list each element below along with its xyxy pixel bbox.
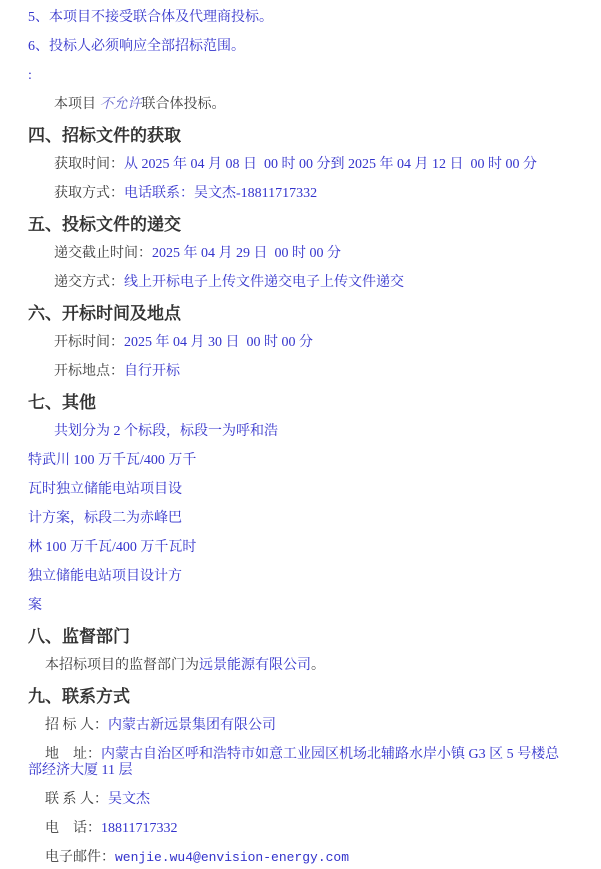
address-label: 地 址：	[45, 747, 101, 762]
opening-time-label: 开标时间：	[54, 335, 124, 350]
joint-bid-prefix: 本项目	[54, 97, 100, 112]
contact-person-label: 联 系 人：	[45, 792, 108, 807]
acquisition-time-value: 从 2025 年 04 月 08 日 00 时 00 分到 2025 年 04 …	[124, 157, 537, 172]
section-5-heading: 五、投标文件的递交	[28, 215, 573, 235]
supervision-prefix: 本招标项目的监督部门为	[45, 658, 199, 673]
not-allowed-emphasis: 不允许	[100, 97, 142, 112]
phone-label: 电 话：	[45, 821, 101, 836]
contact-row-bidder: 招 标 人：内蒙古新远景集团有限公司	[28, 718, 573, 734]
acquisition-method-row: 获取方式：电话联系：吴文杰-18811717332	[28, 186, 573, 202]
submission-deadline-value: 2025 年 04 月 29 日 00 时 00 分	[152, 246, 341, 261]
tender-document: 5、本项目不接受联合体及代理商投标。 6、投标人必须响应全部招标范围。 : 本项…	[0, 0, 601, 866]
section-7-heading: 七、其他	[28, 393, 573, 413]
acquisition-time-row: 获取时间：从 2025 年 04 月 08 日 00 时 00 分到 2025 …	[28, 157, 573, 173]
email-value: wenjie.wu4@envision-energy.com	[115, 850, 349, 865]
joint-bid-note: 本项目 不允许联合体投标。	[28, 97, 573, 113]
other-note-line: 共划分为 2 个标段，标段一为呼和浩	[28, 424, 573, 440]
phone-value: 18811717332	[101, 821, 177, 836]
other-note-line: 特武川 100 万千瓦/400 万千	[28, 453, 573, 469]
address-value: 内蒙古自治区呼和浩特市如意工业园区机场北辅路水岸小镇 G3 区 5 号楼总部经济…	[28, 747, 559, 778]
submission-deadline-row: 递交截止时间：2025 年 04 月 29 日 00 时 00 分	[28, 246, 573, 262]
other-note-line: 案	[28, 598, 573, 614]
bidder-value: 内蒙古新远景集团有限公司	[108, 718, 276, 733]
other-note-line: 独立储能电站项目设计方	[28, 569, 573, 585]
other-note-line: 林 100 万千瓦/400 万千瓦时	[28, 540, 573, 556]
opening-place-row: 开标地点：自行开标	[28, 364, 573, 380]
contact-row-phone: 电 话：18811717332	[28, 821, 573, 837]
other-note-line: 计方案，标段二为赤峰巴	[28, 511, 573, 527]
opening-place-label: 开标地点：	[54, 364, 124, 379]
opening-time-value: 2025 年 04 月 30 日 00 时 00 分	[124, 335, 313, 350]
opening-time-row: 开标时间：2025 年 04 月 30 日 00 时 00 分	[28, 335, 573, 351]
acquisition-method-value: 电话联系：吴文杰-18811717332	[124, 186, 317, 201]
clause-5: 5、本项目不接受联合体及代理商投标。	[28, 10, 573, 26]
submission-deadline-label: 递交截止时间：	[54, 246, 152, 261]
submission-method-value: 线上开标电子上传文件递交电子上传文件递交	[124, 275, 404, 290]
section-9-heading: 九、联系方式	[28, 687, 573, 707]
acquisition-method-label: 获取方式：	[54, 186, 124, 201]
acquisition-time-label: 获取时间：	[54, 157, 124, 172]
section-8-heading: 八、监督部门	[28, 627, 573, 647]
other-note-line: 瓦时独立储能电站项目设	[28, 482, 573, 498]
supervision-suffix: 。	[311, 658, 325, 673]
contact-person-value: 吴文杰	[108, 792, 150, 807]
contact-row-address: 地 址：内蒙古自治区呼和浩特市如意工业园区机场北辅路水岸小镇 G3 区 5 号楼…	[28, 747, 573, 779]
contact-row-person: 联 系 人：吴文杰	[28, 792, 573, 808]
section-4-heading: 四、招标文件的获取	[28, 126, 573, 146]
supervision-org: 远景能源有限公司	[199, 658, 311, 673]
colon-line: :	[28, 68, 573, 84]
email-label: 电子邮件：	[45, 850, 115, 865]
joint-bid-suffix: 联合体投标。	[142, 97, 226, 112]
clause-6: 6、投标人必须响应全部招标范围。	[28, 39, 573, 55]
contact-row-email: 电子邮件：wenjie.wu4@envision-energy.com	[28, 850, 573, 866]
section-6-heading: 六、开标时间及地点	[28, 304, 573, 324]
supervision-note: 本招标项目的监督部门为远景能源有限公司。	[28, 658, 573, 674]
submission-method-row: 递交方式：线上开标电子上传文件递交电子上传文件递交	[28, 275, 573, 291]
opening-place-value: 自行开标	[124, 364, 180, 379]
bidder-label: 招 标 人：	[45, 718, 108, 733]
submission-method-label: 递交方式：	[54, 275, 124, 290]
